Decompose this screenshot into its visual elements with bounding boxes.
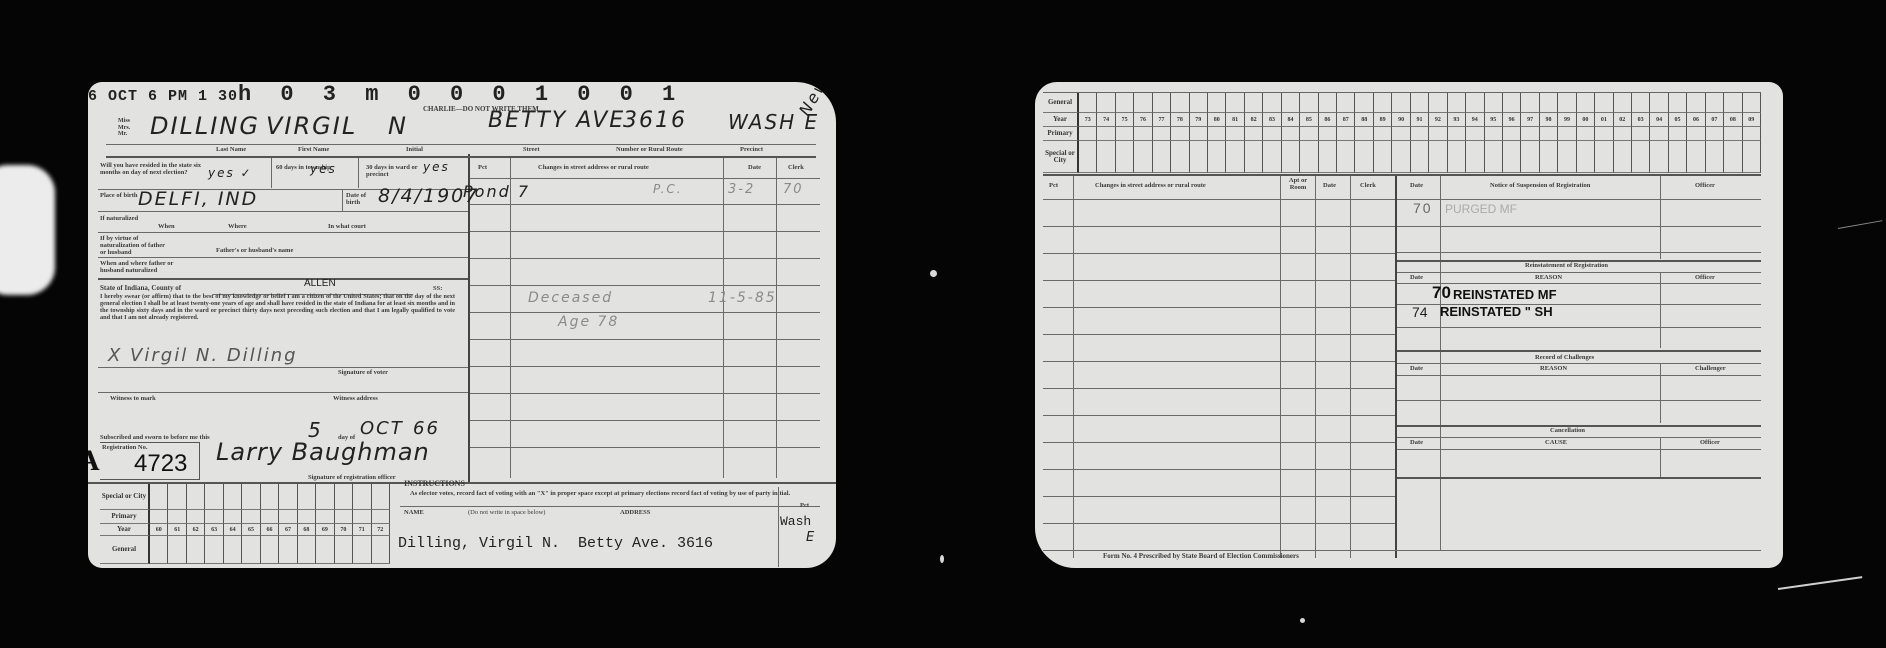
sixty-days-answer: yes — [310, 162, 337, 176]
thirty-days-label: 30 days in ward or precinct — [366, 164, 426, 178]
vote-record-grid-right: General Year 73 74 75 76 77 78 79 80 81 … — [1043, 92, 1761, 172]
signature-voter-label: Signature of voter — [338, 369, 388, 376]
year-cell: 85 — [1300, 113, 1318, 127]
year-cell: 91 — [1411, 113, 1429, 127]
changes-header-pct: Pct — [478, 164, 487, 171]
change-row-5-address: Deceased — [528, 290, 613, 306]
vote-record-grid-left: Special or City Primary Year 60 61 62 63… — [100, 484, 390, 564]
suspension-entry-text: PURGED MF — [1445, 202, 1517, 216]
row-year: Year — [1043, 113, 1079, 127]
initial-value: N — [388, 112, 408, 140]
reinstatement-entry-1-date: 70 — [1432, 283, 1451, 303]
year-cell: 63 — [205, 524, 223, 536]
reinstatement-header-officer: Officer — [1695, 274, 1715, 281]
changes-header-clerk: Clerk — [788, 164, 804, 171]
oath-text: I hereby swear (or affirm) that to the b… — [100, 294, 455, 322]
year-cell: 93 — [1448, 113, 1466, 127]
ss-label: SS: — [433, 285, 442, 292]
resided-answer: yes ✓ — [208, 166, 253, 180]
initial-label: Initial — [406, 146, 423, 153]
year-cell: 70 — [335, 524, 353, 536]
changes-header-address: Changes in street address or rural route — [1095, 182, 1206, 189]
reinstatement-title: Reinstatement of Registration — [1525, 262, 1608, 269]
street-value: BETTY AVE — [488, 108, 625, 133]
reinstatement-entry-2-text: REINSTATED " SH — [1440, 304, 1553, 319]
year-cell: 03 — [1632, 113, 1650, 127]
year-cell: 75 — [1116, 113, 1134, 127]
change-row-5-date: 11-5-85 — [708, 290, 777, 306]
sworn-month: OCT — [360, 418, 404, 439]
year-cell: 00 — [1577, 113, 1595, 127]
when-label: When — [158, 223, 175, 230]
change-row-1-pct: Pond 7 — [463, 182, 530, 201]
no-write-label: (Do not write in space below) — [468, 509, 545, 516]
year-cell: 86 — [1319, 113, 1337, 127]
change-row-1-clerk: 70 — [783, 182, 804, 197]
year-cell: 64 — [224, 524, 242, 536]
year-cell: 94 — [1466, 113, 1484, 127]
witness-label: Witness to mark — [110, 395, 156, 402]
year-cell: 08 — [1724, 113, 1742, 127]
challenges-header-reason: REASON — [1540, 365, 1567, 372]
year-cell: 84 — [1282, 113, 1300, 127]
first-name-value: VIRGIL — [266, 112, 357, 140]
in-what-court-label: In what court — [328, 223, 366, 230]
typed-precinct-ward: E — [806, 530, 816, 545]
changes-header-date: Date — [1323, 182, 1336, 189]
form-footer: Form No. 4 Prescribed by State Board of … — [1103, 553, 1299, 561]
title-prefix: Miss Mrs. Mr. — [118, 118, 130, 138]
fathers-name-label: Father's or husband's name — [216, 247, 293, 254]
typed-precinct: Wash — [780, 514, 811, 529]
year-cell: 74 — [1097, 113, 1115, 127]
registration-number: 4723 — [134, 450, 187, 478]
street-label: Street — [523, 146, 539, 153]
year-cell: 01 — [1595, 113, 1613, 127]
year-cell: 83 — [1263, 113, 1281, 127]
scan-scratch — [1778, 576, 1862, 590]
challenges-header-date: Date — [1410, 365, 1423, 372]
sworn-year: 66 — [413, 418, 440, 439]
year-cell: 97 — [1521, 113, 1539, 127]
name-label: NAME — [404, 509, 424, 516]
year-cell: 99 — [1558, 113, 1576, 127]
subscribed-label: Subscribed and sworn to before me this — [100, 434, 210, 441]
last-name-label: Last Name — [216, 146, 246, 153]
year-cell: 92 — [1429, 113, 1447, 127]
row-primary: Primary — [1043, 127, 1079, 141]
serial-stamp: h 0 3 m 0 0 0 1 0 0 1 — [238, 82, 683, 107]
year-cell: 98 — [1540, 113, 1558, 127]
changes-header-clerk: Clerk — [1360, 182, 1376, 189]
change-row-1-date: 3-2 — [728, 182, 755, 197]
cancellation-header-officer: Officer — [1700, 439, 1720, 446]
signature-officer-label: Signature of registration officer — [308, 474, 396, 481]
year-cell: 82 — [1245, 113, 1263, 127]
year-cell: 81 — [1226, 113, 1244, 127]
year-cell: 73 — [1079, 113, 1097, 127]
by-virtue-label: If by virtue of naturalization of father… — [100, 235, 170, 256]
year-cell: 68 — [298, 524, 316, 536]
year-cell: 65 — [242, 524, 260, 536]
instructions-title: INSTRUCTIONS — [404, 480, 465, 489]
suspension-header-officer: Officer — [1695, 182, 1715, 189]
changes-header-date: Date — [748, 164, 761, 171]
year-cell: 88 — [1355, 113, 1373, 127]
row-special-city: Special or City — [1043, 141, 1079, 173]
scan-scratch — [1838, 220, 1882, 229]
year-cell: 61 — [168, 524, 186, 536]
reinstatement-entry-2-date: 74 — [1412, 304, 1428, 320]
year-cell: 79 — [1190, 113, 1208, 127]
row-year: Year — [100, 524, 150, 536]
row-general: General — [100, 536, 150, 564]
first-name-label: First Name — [298, 146, 329, 153]
cancellation-title: Cancellation — [1550, 427, 1585, 434]
scan-speck — [930, 270, 937, 277]
place-of-birth-value: DELFI, IND — [138, 188, 258, 210]
voter-registration-card-front: 6 OCT 6 PM 1 30 h 0 3 m 0 0 0 1 0 0 1 CH… — [88, 82, 836, 568]
scan-speck — [940, 555, 944, 563]
year-cell: 77 — [1153, 113, 1171, 127]
row-general: General — [1043, 93, 1079, 113]
year-cell: 09 — [1743, 113, 1761, 127]
precinct-label: Precinct — [740, 146, 763, 153]
reinstatement-header-reason: REASON — [1535, 274, 1562, 281]
instructions-text: As elector votes, record fact of voting … — [410, 490, 820, 497]
year-cell: 67 — [279, 524, 297, 536]
year-cell: 07 — [1706, 113, 1724, 127]
suspension-header-notice: Notice of Suspension of Registration — [1490, 182, 1590, 189]
place-of-birth-label: Place of birth — [100, 192, 140, 199]
year-cell: 66 — [261, 524, 279, 536]
year-cell: 90 — [1392, 113, 1410, 127]
naturalized-label: If naturalized — [100, 215, 140, 222]
year-cell: 80 — [1208, 113, 1226, 127]
number-label: Number or Rural Route — [616, 146, 683, 153]
when-where-label: When and where father or husband natural… — [100, 260, 190, 274]
year-cell: 04 — [1650, 113, 1668, 127]
year-cell: 06 — [1687, 113, 1705, 127]
voter-signature: X Virgil N. Dilling — [108, 345, 298, 366]
challenges-title: Record of Challenges — [1535, 354, 1594, 361]
suspension-header-date: Date — [1410, 182, 1423, 189]
date-of-birth-label: Date of birth — [346, 192, 376, 206]
address-label: ADDRESS — [620, 509, 650, 516]
where-label: Where — [228, 223, 247, 230]
state-county-label: State of Indiana, County of — [100, 285, 181, 293]
year-cell: 96 — [1503, 113, 1521, 127]
year-cell: 71 — [353, 524, 371, 536]
year-cell: 76 — [1134, 113, 1152, 127]
county-value: ALLEN — [304, 278, 336, 289]
year-cell: 62 — [187, 524, 205, 536]
reinstatement-header-date: Date — [1410, 274, 1423, 281]
year-cell: 02 — [1614, 113, 1632, 127]
row-primary: Primary — [100, 510, 150, 524]
suspension-entry-date: 70 — [1413, 200, 1433, 216]
year-cell: 87 — [1337, 113, 1355, 127]
pct-label: Pct — [800, 502, 809, 509]
house-number-value: 3616 — [623, 108, 687, 133]
year-cell: 89 — [1374, 113, 1392, 127]
resided-question: Will you have resided in the state six m… — [100, 162, 205, 176]
series-letter: A — [88, 444, 100, 478]
voter-registration-card-back: General Year 73 74 75 76 77 78 79 80 81 … — [1035, 82, 1783, 568]
last-name-value: DILLING — [150, 112, 260, 140]
reinstatement-entry-1-text: REINSTATED MF — [1453, 287, 1557, 302]
scan-artifact-blob — [0, 165, 55, 295]
changes-header-address: Changes in street address or rural route — [538, 164, 649, 171]
time-stamp: 6 OCT 6 PM 1 30 — [88, 88, 238, 105]
challenges-header-challenger: Challenger — [1695, 365, 1726, 372]
officer-signature: Larry Baughman — [216, 438, 430, 466]
change-row-1-address: P.C. — [653, 182, 683, 196]
cancellation-header-date: Date — [1410, 439, 1423, 446]
changes-header-pct: Pct — [1049, 182, 1058, 189]
changes-header-apt: Apt or Room — [1285, 177, 1311, 191]
typed-name-address: Dilling, Virgil N. Betty Ave. 3616 — [398, 535, 713, 552]
year-cell: 69 — [316, 524, 334, 536]
cancellation-header-cause: CAUSE — [1545, 439, 1567, 446]
witness-address-label: Witness address — [333, 395, 378, 402]
change-row-6-address: Age 78 — [558, 314, 619, 330]
row-special-city: Special or City — [100, 484, 150, 510]
year-cell: 95 — [1485, 113, 1503, 127]
scan-speck — [1300, 618, 1305, 623]
year-cell: 78 — [1171, 113, 1189, 127]
year-cell: 72 — [372, 524, 390, 536]
year-cell: 60 — [150, 524, 168, 536]
year-cell: 05 — [1669, 113, 1687, 127]
thirty-days-answer: yes — [423, 160, 450, 174]
